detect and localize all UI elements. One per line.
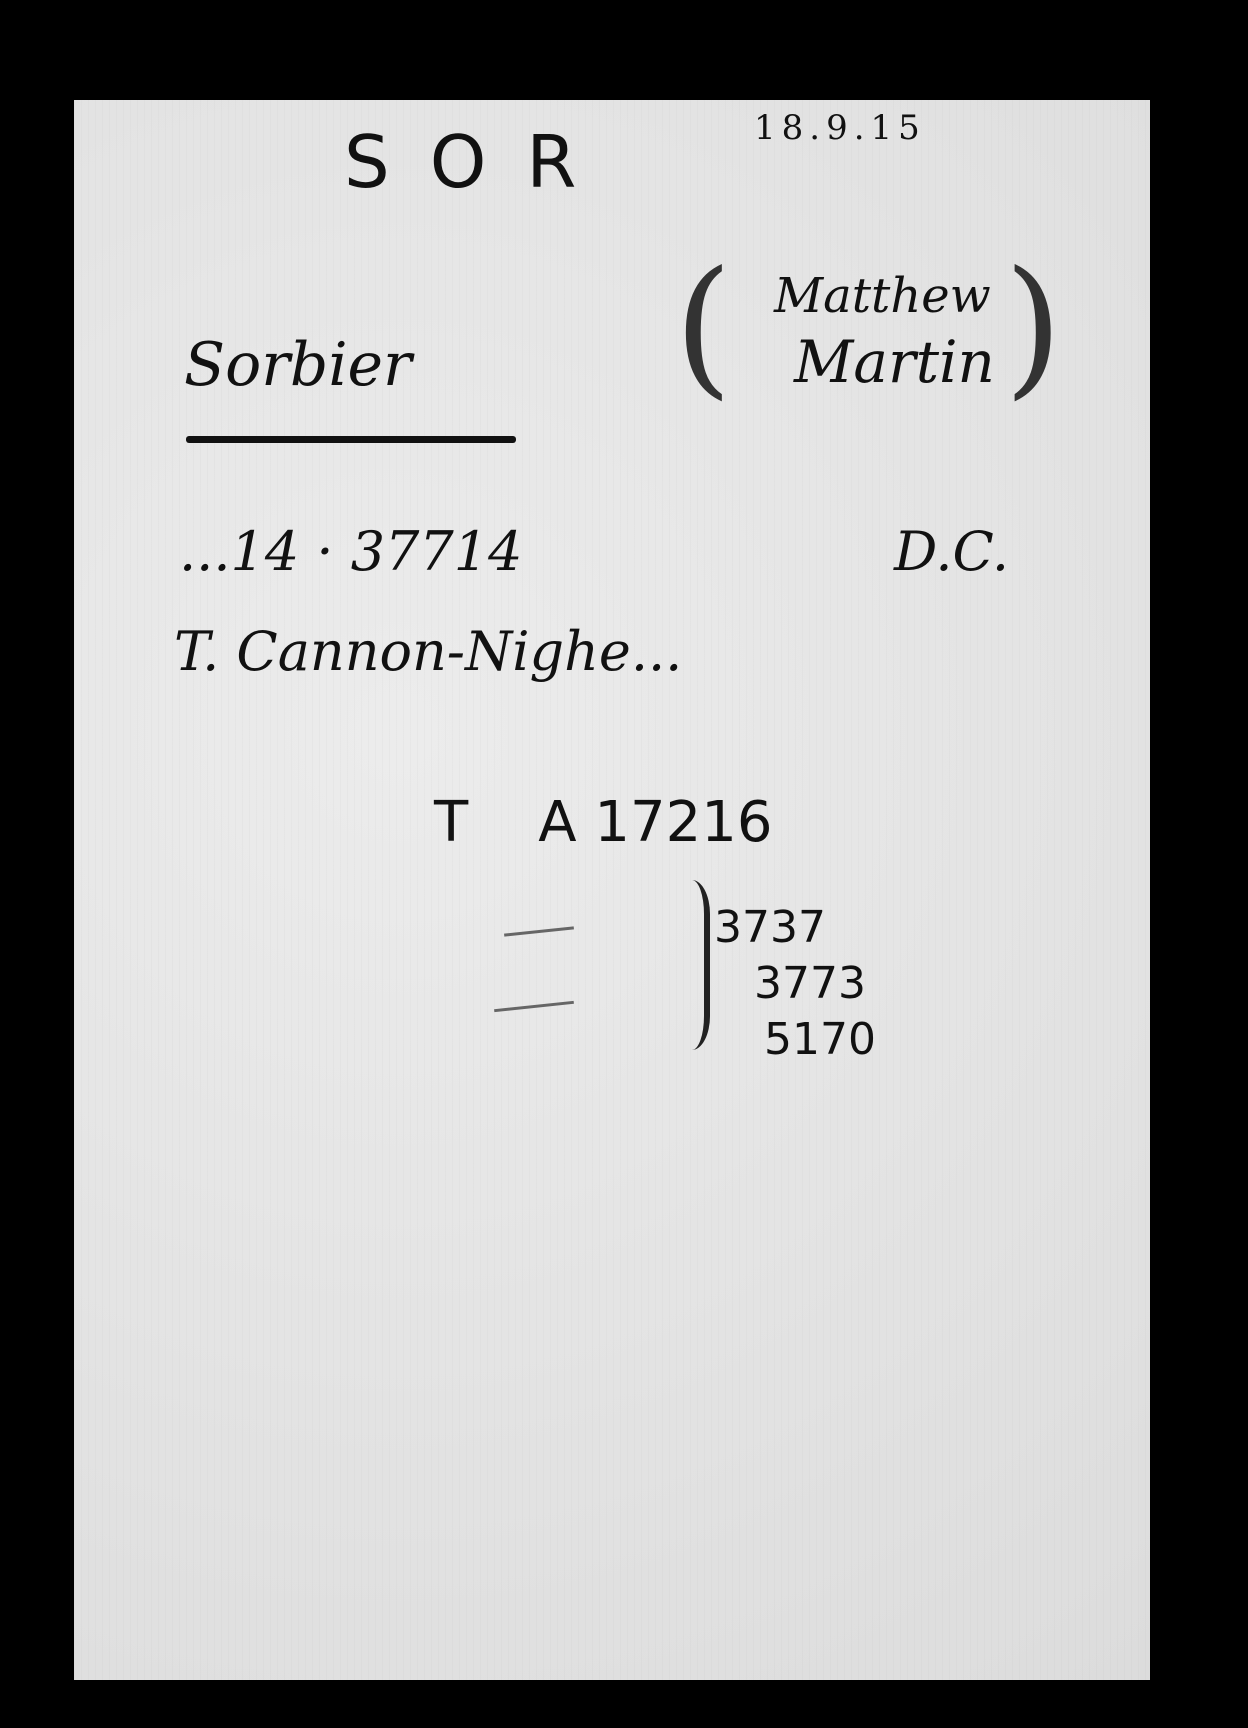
- reference-prefix-1: T: [434, 790, 468, 855]
- reference-prefix-2: A: [538, 790, 576, 855]
- number-list: 3737 3773 5170: [714, 900, 876, 1068]
- reference-number: 17216: [594, 790, 772, 855]
- surname: Sorbier: [184, 330, 412, 400]
- number-item: 3773: [714, 956, 876, 1012]
- number-item: 5170: [714, 1012, 876, 1068]
- service-number-line: ...14 · 37714: [179, 520, 523, 583]
- pencil-dash: [494, 1001, 574, 1012]
- alternate-given-name: Matthew: [774, 268, 991, 324]
- pencil-dash: [504, 926, 574, 936]
- card-date: 18.9.15: [754, 108, 926, 148]
- unit-line: T. Cannon-Nighe...: [174, 620, 682, 683]
- surname-underline: [186, 436, 516, 443]
- bracket: [674, 880, 710, 1050]
- close-parenthesis: ): [1004, 240, 1063, 414]
- reference-code: TA 17216: [434, 790, 773, 855]
- number-item: 3737: [714, 900, 876, 956]
- service-number-suffix: D.C.: [894, 520, 1009, 583]
- series-code: SOR: [344, 120, 616, 204]
- given-name: Martin: [794, 328, 995, 396]
- index-card: SOR 18.9.15 Sorbier ( Matthew ) Martin .…: [74, 100, 1150, 1680]
- open-parenthesis: (: [674, 240, 733, 414]
